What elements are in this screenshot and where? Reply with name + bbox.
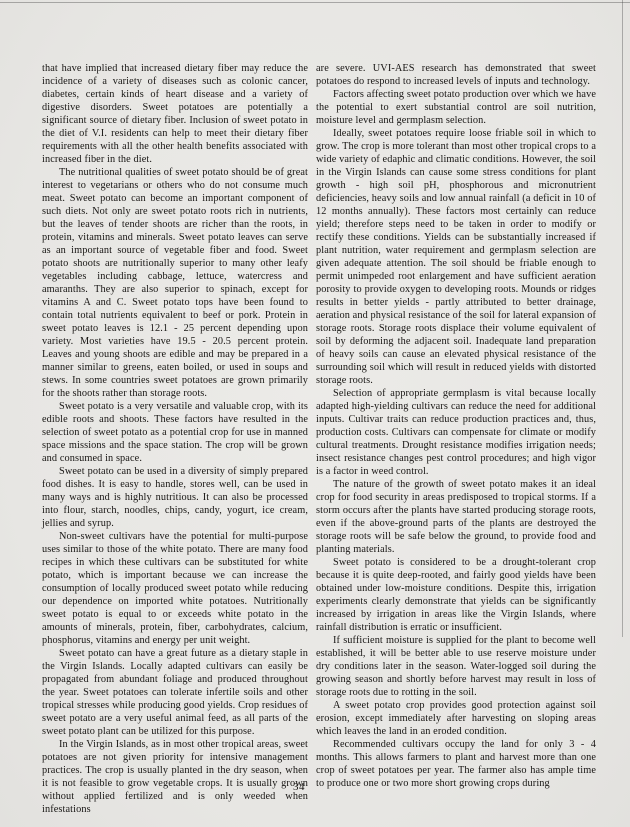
right-text-column: are severe. UVI-AES research has demonst…: [316, 62, 596, 790]
paragraph: Selection of appropriate germplasm is vi…: [316, 387, 596, 478]
paragraph: The nutritional qualities of sweet potat…: [42, 166, 308, 400]
paragraph: Recommended cultivars occupy the land fo…: [316, 738, 596, 790]
paragraph: are severe. UVI-AES research has demonst…: [316, 62, 596, 88]
scan-edge-right: [622, 0, 623, 637]
paragraph: In the Virgin Islands, as in most other …: [42, 738, 308, 816]
paragraph: Non-sweet cultivars have the potential f…: [42, 530, 308, 647]
paragraph: The nature of the growth of sweet potato…: [316, 478, 596, 556]
paragraph: A sweet potato crop provides good protec…: [316, 699, 596, 738]
left-text-column: that have implied that increased dietary…: [42, 62, 308, 816]
scan-edge-top: [0, 2, 630, 3]
paragraph: that have implied that increased dietary…: [42, 62, 308, 166]
paragraph: Sweet potato can be used in a diversity …: [42, 465, 308, 530]
paragraph: Sweet potato can have a great future as …: [42, 647, 308, 738]
paragraph: Sweet potato is a very versatile and val…: [42, 400, 308, 465]
scanned-document-page: that have implied that increased dietary…: [0, 0, 630, 827]
paragraph: If sufficient moisture is supplied for t…: [316, 634, 596, 699]
paragraph: Ideally, sweet potatoes require loose fr…: [316, 127, 596, 387]
paragraph: Factors affecting sweet potato productio…: [316, 88, 596, 127]
paragraph: Sweet potato is considered to be a droug…: [316, 556, 596, 634]
page-number: 34: [282, 781, 316, 793]
